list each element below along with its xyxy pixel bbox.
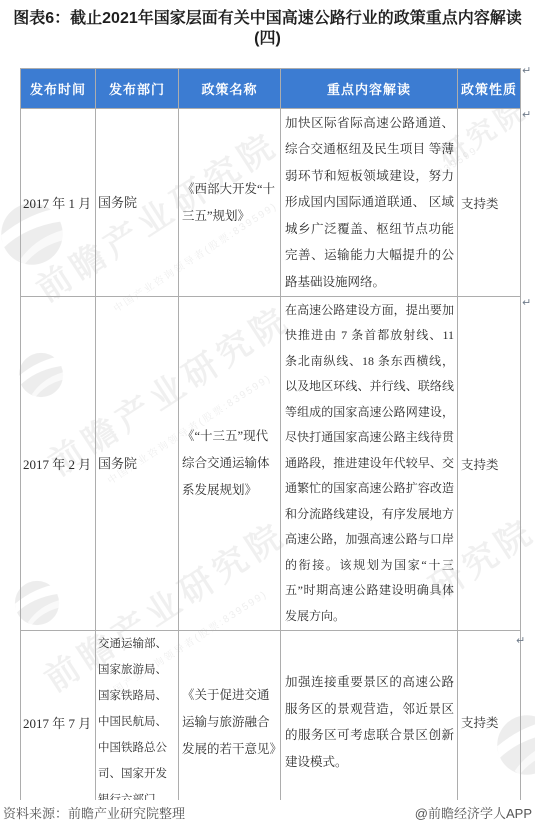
footer-credit: @前瞻经济学人APP	[415, 803, 532, 822]
return-mark-icon: ↵	[522, 296, 531, 309]
page-title: 图表6：截止2021年国家层面有关中国高速公路行业的政策重点内容解读(四)	[0, 9, 535, 49]
content-cell: 加强连接重要景区的高速公路服务区的景观营造，邻近景区的服务区可考虑联合景区创新建…	[281, 631, 458, 801]
header-cell-publish-dept: 发布部门	[96, 69, 179, 109]
date-cell: 2017 年 2 月	[21, 297, 96, 631]
return-mark-icon: ↵	[522, 64, 531, 77]
nature-cell: 支持类	[458, 297, 521, 631]
policy-table: 发布时间 发布部门 政策名称 重点内容解读 政策性质 2017 年 1 月 国务…	[20, 68, 521, 800]
header-cell-publish-date: 发布时间	[21, 69, 96, 109]
policy-cell: 《“十三五”现代综合交通运输体系发展规划》	[179, 297, 281, 631]
table-row: 2017 年 2 月 国务院 《“十三五”现代综合交通运输体系发展规划》 在高速…	[21, 297, 521, 631]
policy-table-region: 发布时间 发布部门 政策名称 重点内容解读 政策性质 2017 年 1 月 国务…	[20, 68, 521, 800]
dept-cell: 国务院	[96, 297, 179, 631]
header-cell-policy-name: 政策名称	[179, 69, 281, 109]
content-cell: 在高速公路建设方面，提出要加快推进由 7 条首都放射线、11 条北南纵线、18 …	[281, 297, 458, 631]
header-row: 发布时间 发布部门 政策名称 重点内容解读 政策性质	[21, 69, 521, 109]
content-cell: 加快区际省际高速公路通道、综合交通枢纽及民生项目 等薄弱环节和短板领域建设，努力…	[281, 109, 458, 297]
policy-cell: 《关于促进交通运输与旅游融合发展的若干意见》	[179, 631, 281, 801]
header-cell-policy-nature: 政策性质	[458, 69, 521, 109]
return-mark-icon: ↵	[522, 108, 531, 121]
date-cell: 2017 年 1 月	[21, 109, 96, 297]
document-page: 前瞻产业研究院 中国产业咨询领导者(股票:839599) 前瞻产业研究院 中国产…	[0, 0, 535, 837]
table-row: 2017 年 7 月 交通运输部、国家旅游局、国家铁路局、中国民航局、中国铁路总…	[21, 631, 521, 801]
footer-source: 资料来源：前瞻产业研究院整理	[3, 803, 185, 822]
nature-cell: 支持类	[458, 109, 521, 297]
nature-cell: 支持类	[458, 631, 521, 801]
policy-cell: 《西部大开发“十三五”规划》	[179, 109, 281, 297]
dept-cell: 交通运输部、国家旅游局、国家铁路局、中国民航局、中国铁路总公司、国家开发银行六部…	[96, 631, 179, 801]
dept-cell: 国务院	[96, 109, 179, 297]
return-mark-icon: ↵	[516, 634, 525, 647]
date-cell: 2017 年 7 月	[21, 631, 96, 801]
header-cell-key-content: 重点内容解读	[281, 69, 458, 109]
table-row: 2017 年 1 月 国务院 《西部大开发“十三五”规划》 加快区际省际高速公路…	[21, 109, 521, 297]
